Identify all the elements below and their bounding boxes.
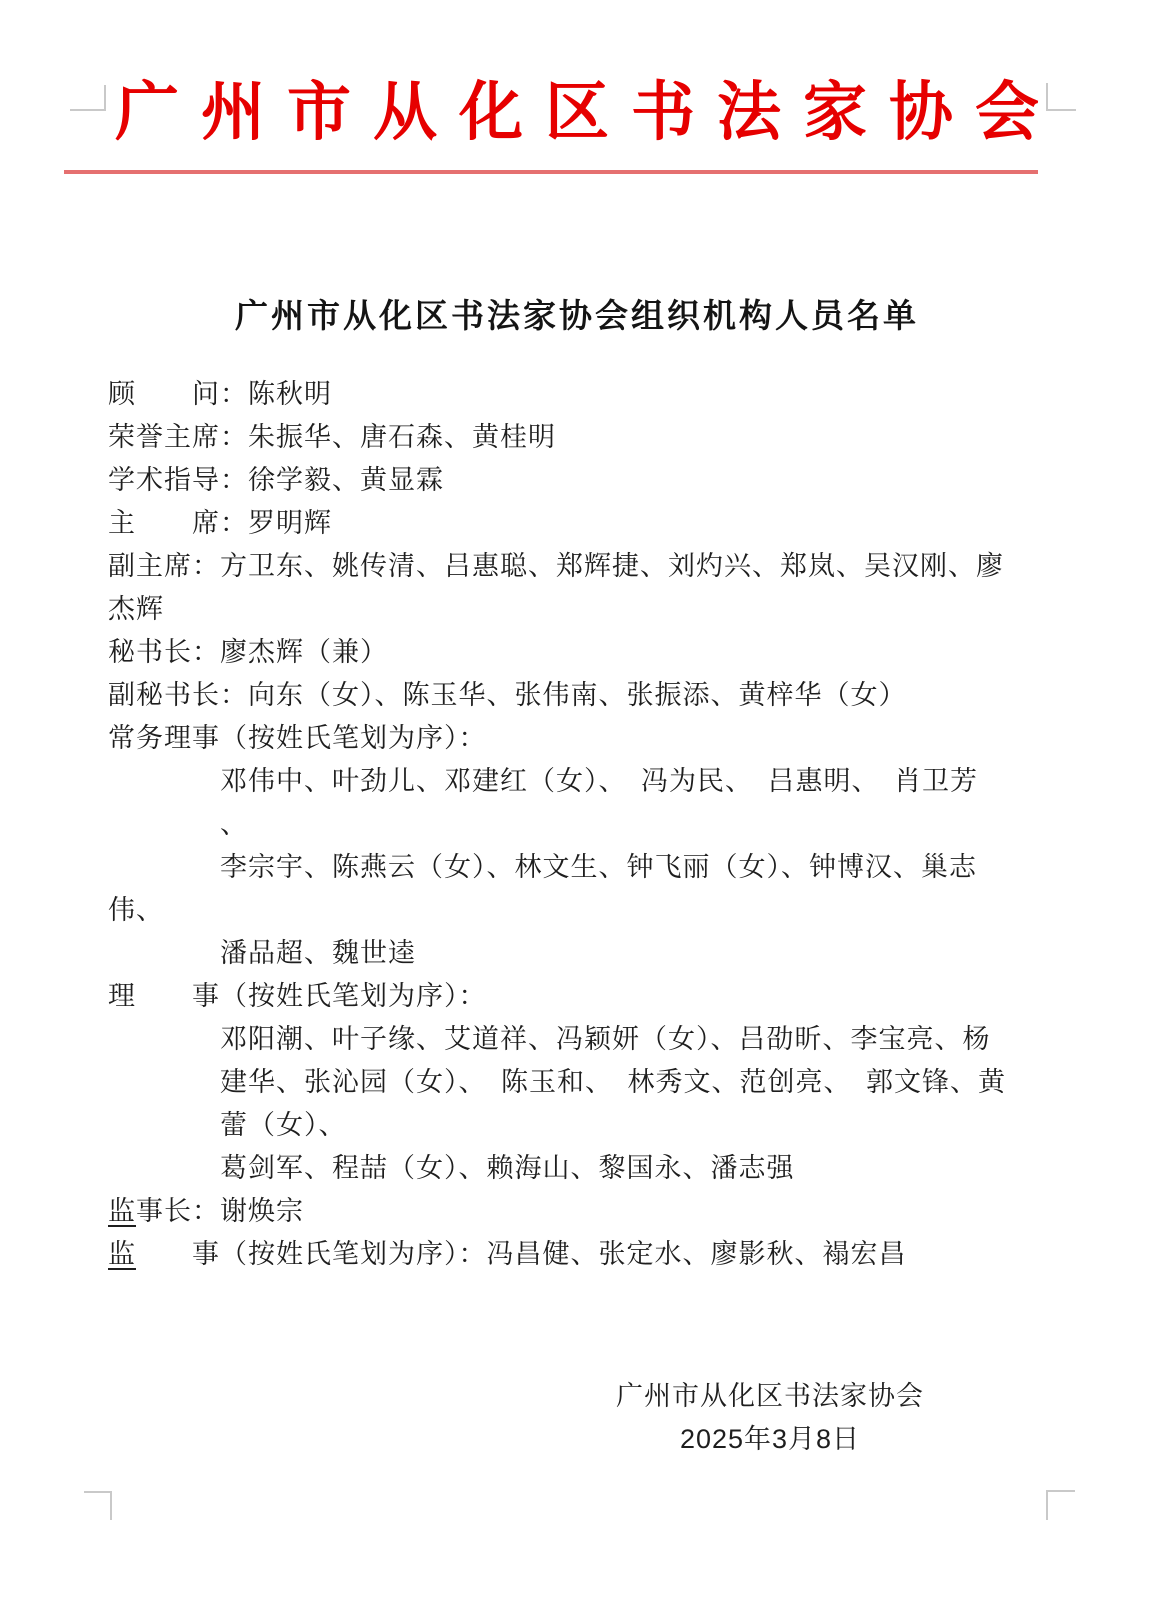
document-line: 建华、张沁园（女）、 陈玉和、 林秀文、范创亮、 郭文锋、黄 (108, 1061, 1048, 1104)
document-line: 荣誉主席：朱振华、唐石森、黄桂明 (108, 416, 1048, 459)
document-line: 邓阳潮、叶子缘、艾道祥、冯颖妍（女）、吕劭昕、李宝亮、杨 (108, 1018, 1048, 1061)
line-text: 主 席：罗明辉 (108, 508, 332, 538)
document-footer: 广州市从化区书法家协会 2025年3月8日 (550, 1375, 990, 1461)
line-text: 潘品超、魏世逵 (220, 938, 416, 968)
crop-mark-bottom-right (1046, 1490, 1075, 1520)
document-line: 葛剑军、程喆（女）、赖海山、黎国永、潘志强 (108, 1147, 1048, 1190)
line-text: 邓阳潮、叶子缘、艾道祥、冯颖妍（女）、吕劭昕、李宝亮、杨 (220, 1024, 991, 1054)
line-text: 李宗宇、陈燕云（女）、林文生、钟飞丽（女）、钟博汉、巢志 (220, 852, 977, 882)
line-text: 建华、张沁园（女）、 陈玉和、 林秀文、范创亮、 郭文锋、黄 (220, 1067, 1006, 1097)
line-text: 学术指导：徐学毅、黄显霖 (108, 465, 444, 495)
line-text: 、 (220, 809, 248, 839)
document-title: 广州市从化区书法家协会组织机构人员名单 (0, 290, 1154, 337)
line-text: 常务理事（按姓氏笔划为序）： (108, 723, 487, 753)
document-line: 监 事（按姓氏笔划为序）：冯昌健、张定水、廖影秋、褟宏昌 (108, 1233, 1048, 1276)
line-text: 葛剑军、程喆（女）、赖海山、黎国永、潘志强 (220, 1153, 795, 1183)
underlined-text: 监 (108, 1196, 136, 1226)
document-line: 顾 问：陈秋明 (108, 373, 1048, 416)
roster-body: 顾 问：陈秋明荣誉主席：朱振华、唐石森、黄桂明学术指导：徐学毅、黄显霖主 席：罗… (108, 373, 1048, 1276)
line-text: 秘书长：廖杰辉（兼） (108, 637, 388, 667)
line-text: 邓伟中、叶劲儿、邓建红（女）、 冯为民、 吕惠明、 肖卫芳 (220, 766, 978, 796)
line-text: 蕾（女）、 (220, 1110, 347, 1140)
document-line: 潘品超、魏世逵 (108, 932, 1048, 975)
document-line: 蕾（女）、 (108, 1104, 1048, 1147)
document-line: 主 席：罗明辉 (108, 502, 1048, 545)
letterhead-org-title: 广州市从化区书法家协会 (0, 78, 1154, 148)
footer-org-name: 广州市从化区书法家协会 (550, 1375, 990, 1418)
document-line: 伟、 (108, 889, 1048, 932)
document-line: 、 (108, 803, 1048, 846)
line-text: 杰辉 (108, 594, 164, 624)
document-line: 常务理事（按姓氏笔划为序）： (108, 717, 1048, 760)
line-text: 副秘书长：向东（女）、陈玉华、张伟南、张振添、黄梓华（女） (108, 680, 907, 710)
letterhead-divider (64, 170, 1038, 174)
line-text: 荣誉主席：朱振华、唐石森、黄桂明 (108, 422, 556, 452)
document-line: 杰辉 (108, 588, 1048, 631)
document-line: 秘书长：廖杰辉（兼） (108, 631, 1048, 674)
document-line: 李宗宇、陈燕云（女）、林文生、钟飞丽（女）、钟博汉、巢志 (108, 846, 1048, 889)
crop-mark-bottom-left (84, 1491, 112, 1520)
line-text: 事（按姓氏笔划为序）：冯昌健、张定水、廖影秋、褟宏昌 (136, 1239, 907, 1269)
underlined-text: 监 (108, 1239, 136, 1269)
line-text: 副主席：方卫东、姚传清、吕惠聪、郑辉捷、刘灼兴、郑岚、吴汉刚、廖 (108, 551, 1004, 581)
line-text: 理 事（按姓氏笔划为序）： (108, 981, 487, 1011)
document-line: 副秘书长：向东（女）、陈玉华、张伟南、张振添、黄梓华（女） (108, 674, 1048, 717)
footer-date: 2025年3月8日 (550, 1418, 990, 1461)
document-line: 理 事（按姓氏笔划为序）： (108, 975, 1048, 1018)
line-text: 伟、 (108, 895, 164, 925)
document-page: 广州市从化区书法家协会 广州市从化区书法家协会组织机构人员名单 顾 问：陈秋明荣… (0, 0, 1154, 1600)
document-line: 邓伟中、叶劲儿、邓建红（女）、 冯为民、 吕惠明、 肖卫芳 (108, 760, 1048, 803)
line-text: 事长：谢焕宗 (136, 1196, 304, 1226)
document-line: 监事长：谢焕宗 (108, 1190, 1048, 1233)
document-line: 副主席：方卫东、姚传清、吕惠聪、郑辉捷、刘灼兴、郑岚、吴汉刚、廖 (108, 545, 1048, 588)
document-line: 学术指导：徐学毅、黄显霖 (108, 459, 1048, 502)
line-text: 顾 问：陈秋明 (108, 379, 332, 409)
